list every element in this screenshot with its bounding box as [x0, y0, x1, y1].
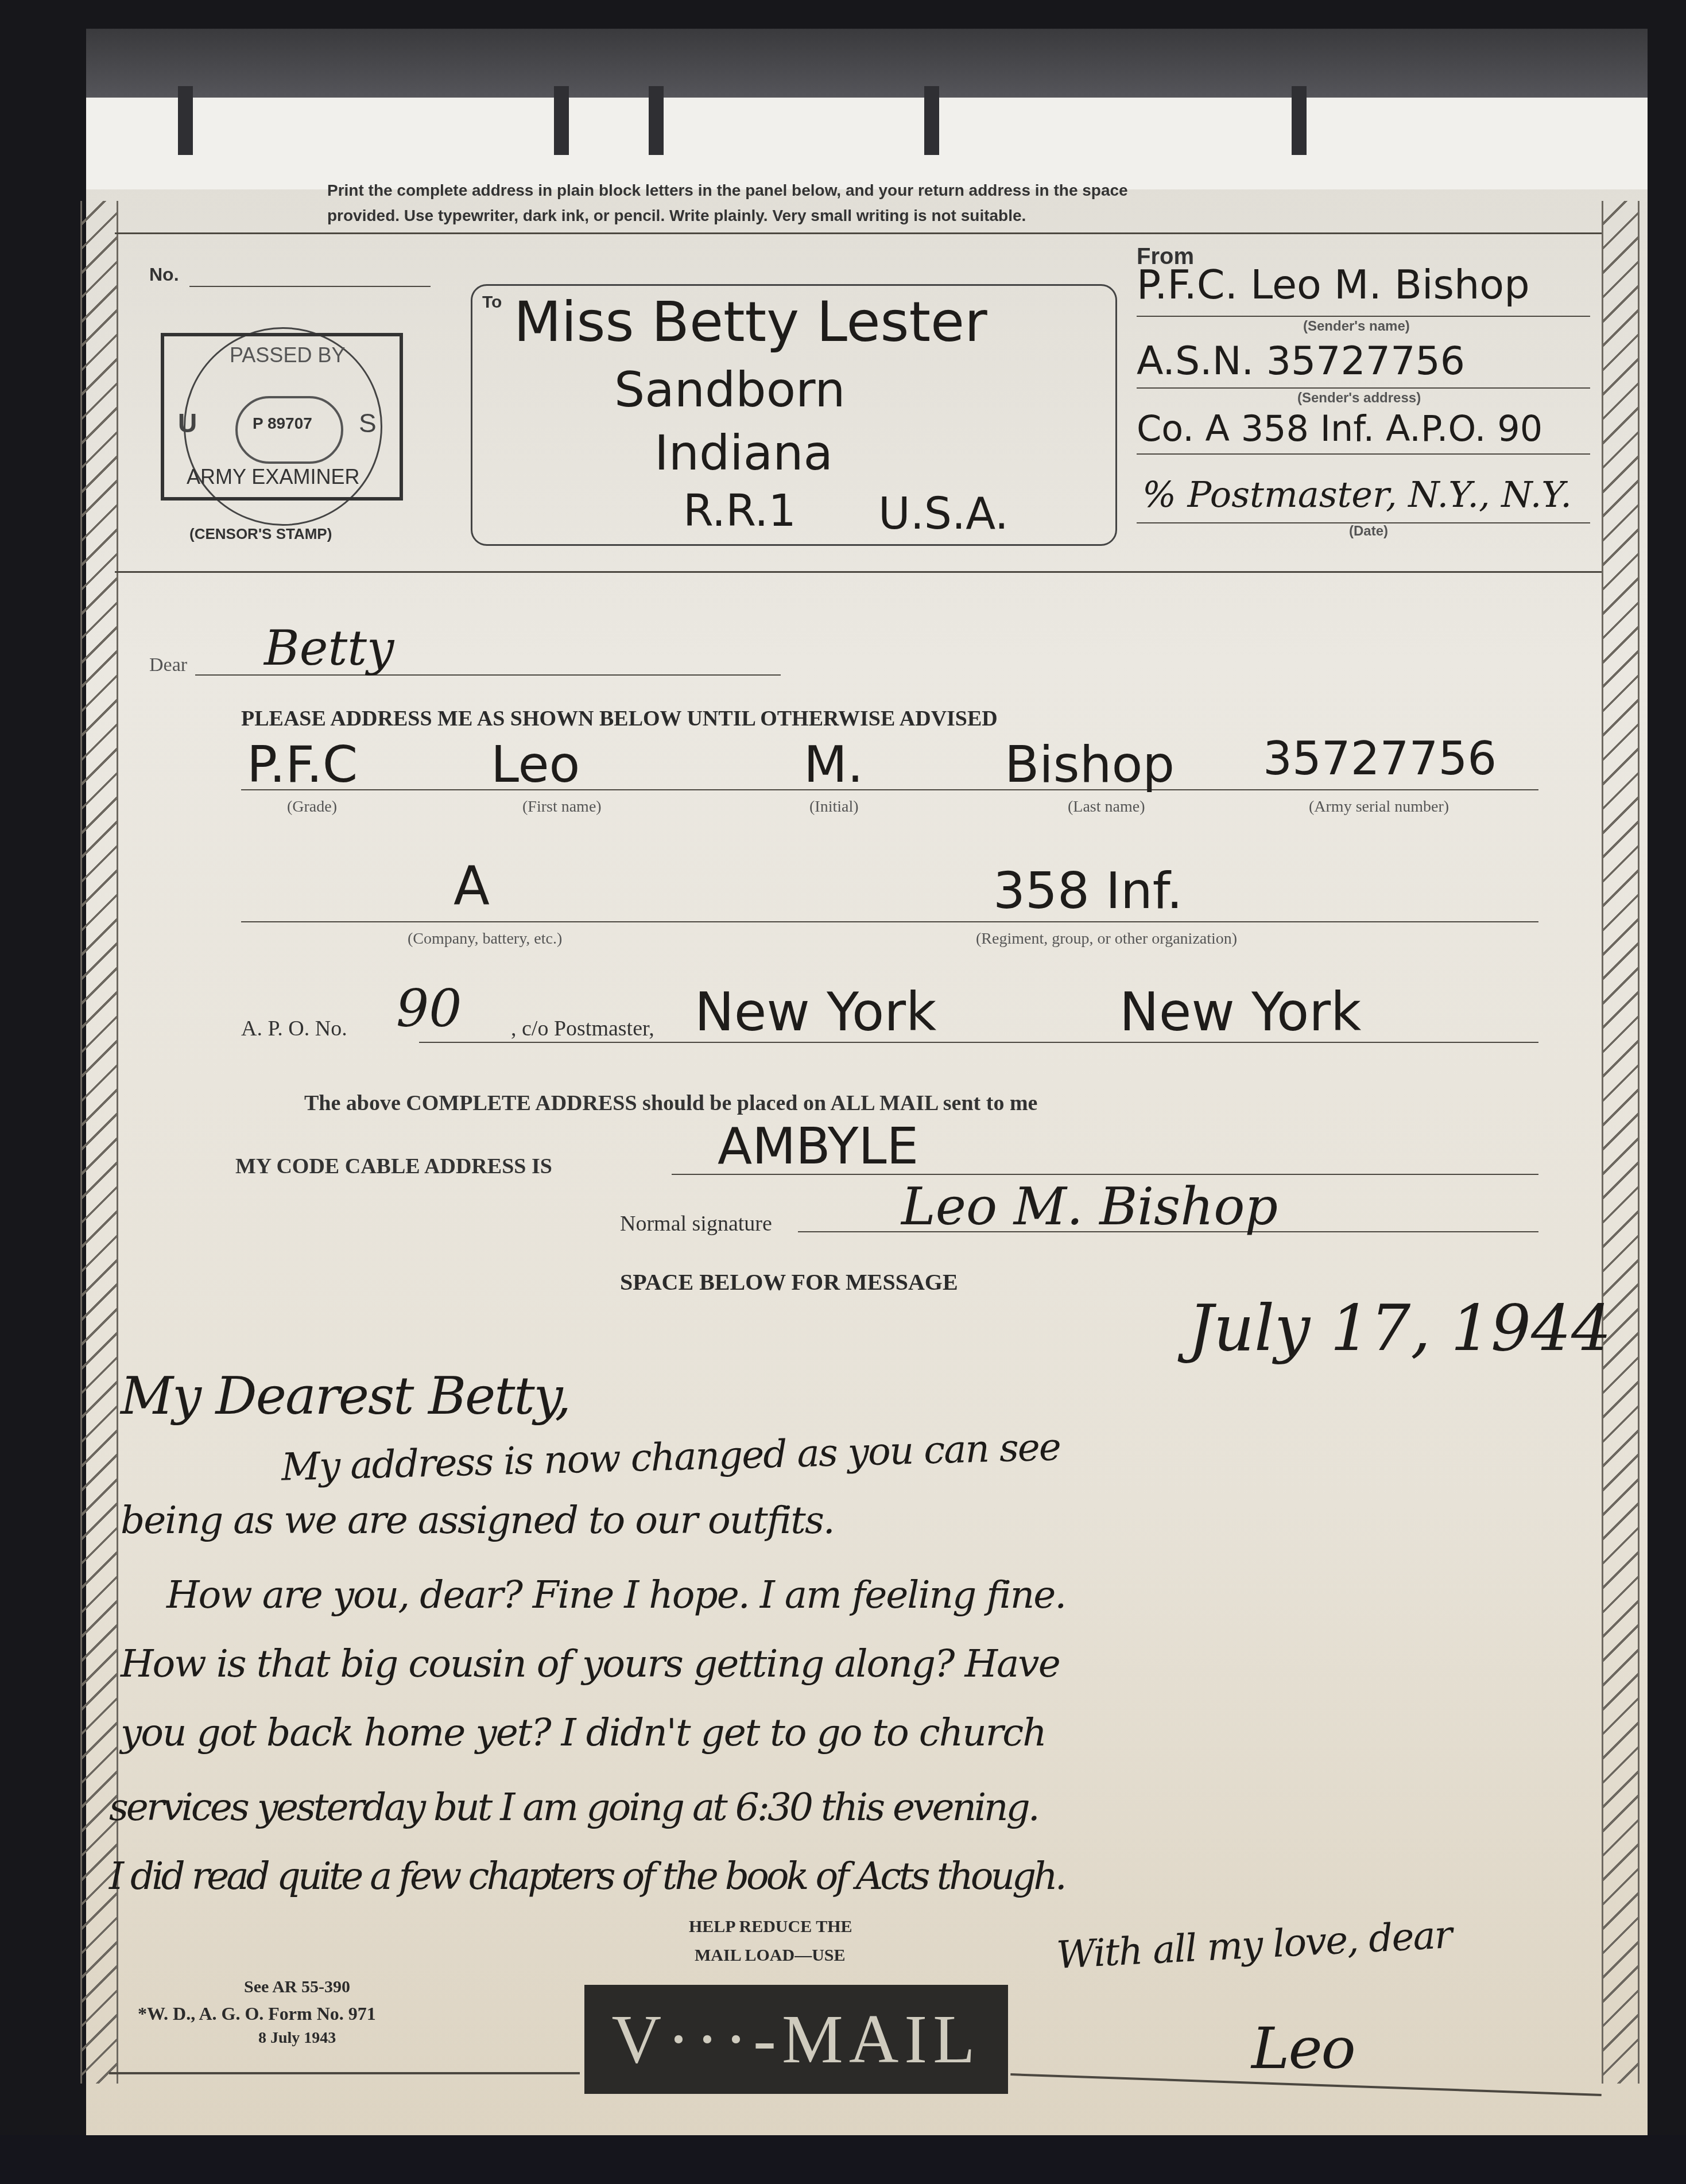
sender-unit: Co. A 358 Inf. A.P.O. 90 — [1137, 408, 1542, 449]
stamp-passed-by: PASSED BY — [230, 343, 345, 367]
to-label: To — [482, 293, 502, 312]
grade-value: P.F.C — [247, 735, 358, 794]
space-below-heading: SPACE BELOW FOR MESSAGE — [620, 1268, 958, 1295]
last-name-caption: (Last name) — [1068, 798, 1145, 816]
censor-caption: (CENSOR'S STAMP) — [189, 525, 332, 543]
form-date: 8 July 1943 — [258, 2029, 336, 2047]
initial-value: M. — [804, 735, 863, 794]
first-name-caption: (First name) — [522, 798, 602, 816]
dear-label: Dear — [149, 654, 187, 676]
letter-line: How is that big cousin of yours getting … — [121, 1642, 1060, 1686]
letter-line: How are you, dear? Fine I hope. I am fee… — [166, 1573, 1065, 1617]
no-line — [189, 286, 431, 287]
help-reduce-line2: MAIL LOAD—USE — [695, 1946, 846, 1965]
recipient-name: Miss Betty Lester — [514, 290, 987, 354]
serial-caption: (Army serial number) — [1309, 798, 1449, 816]
complete-address-note: The above COMPLETE ADDRESS should be pla… — [304, 1091, 1037, 1116]
see-ar: See AR 55-390 — [244, 1977, 350, 1997]
sender-name: P.F.C. Leo M. Bishop — [1137, 261, 1530, 308]
name-line — [241, 789, 1538, 790]
shadow-post — [554, 86, 569, 155]
date-caption: (Date) — [1349, 523, 1388, 540]
letter-salutation: My Dearest Betty, — [121, 1366, 570, 1426]
grade-caption: (Grade) — [287, 798, 337, 816]
shadow-post — [178, 86, 193, 155]
recipient-town: Sandborn — [614, 362, 845, 418]
first-name-value: Leo — [491, 735, 580, 794]
shadow-post — [1292, 86, 1307, 155]
recipient-route: R.R.1 — [683, 485, 796, 536]
photo-top-shadow — [86, 29, 1648, 98]
dark-background-surface — [0, 2135, 1686, 2184]
regiment-caption: (Regiment, group, or other organization) — [976, 930, 1237, 948]
sender-address-caption: (Sender's address) — [1297, 390, 1421, 406]
letter-signoff: Leo — [1251, 2015, 1355, 2082]
photo-top-strip — [86, 98, 1648, 189]
instructions-line: provided. Use typewriter, dark ink, or p… — [327, 203, 1246, 228]
sender-address-line — [1137, 387, 1590, 389]
sender-name-line — [1137, 316, 1590, 317]
regiment-value: 358 Inf. — [993, 861, 1183, 920]
help-reduce-line1: HELP REDUCE THE — [689, 1917, 852, 1937]
signature-value: Leo M. Bishop — [901, 1177, 1278, 1237]
letter-line: My address is now changed as you can see — [281, 1425, 1061, 1489]
signature-label: Normal signature — [620, 1211, 772, 1236]
apo-label: A. P. O. No. — [241, 1016, 347, 1041]
instructions-line: Print the complete address in plain bloc… — [327, 178, 1246, 203]
sender-name-caption: (Sender's name) — [1303, 319, 1410, 335]
initial-caption: (Initial) — [809, 798, 859, 816]
sender-postmaster: % Postmaster, N.Y., N.Y. — [1142, 474, 1572, 515]
postmaster-label: , c/o Postmaster, — [511, 1016, 654, 1041]
dear-name: Betty — [264, 620, 394, 676]
form-number: *W. D., A. G. O. Form No. 971 — [138, 2003, 376, 2024]
letter-date: July 17, 1944 — [1188, 1291, 1611, 1365]
cable-label: MY CODE CABLE ADDRESS IS — [235, 1154, 552, 1179]
recipient-country: U.S.A. — [878, 488, 1009, 539]
last-name-value: Bishop — [1005, 735, 1175, 794]
vmail-letter-sheet: Print the complete address in plain bloc… — [86, 29, 1648, 2141]
form-instructions: Print the complete address in plain bloc… — [327, 178, 1246, 228]
vmail-logo: V···-MAIL — [584, 1985, 1008, 2094]
letter-line: you got back home yet? I didn't get to g… — [121, 1710, 1046, 1755]
no-label: No. — [149, 264, 179, 285]
sender-asn: A.S.N. 35727756 — [1137, 339, 1465, 384]
cable-value: AMBYLE — [718, 1116, 918, 1176]
stamp-s: S — [359, 408, 377, 439]
header-bottom-rule — [115, 571, 1602, 573]
footer-rule-left — [109, 2072, 580, 2074]
letter-line: I did read quite a few chapters of the b… — [109, 1854, 1064, 1898]
recipient-state: Indiana — [654, 425, 833, 481]
company-value: A — [454, 855, 490, 917]
shadow-post — [924, 86, 939, 155]
stamp-examiner: ARMY EXAMINER — [187, 465, 359, 489]
right-hatch-border — [1602, 201, 1640, 2084]
stamp-u: U — [178, 408, 197, 439]
stamp-number: P 89707 — [253, 414, 312, 433]
unit-line — [241, 921, 1538, 922]
state-value: New York — [1119, 982, 1361, 1043]
serial-value: 35727756 — [1263, 732, 1497, 785]
header-rule — [115, 232, 1602, 234]
please-address-heading: PLEASE ADDRESS ME AS SHOWN BELOW UNTIL O… — [241, 706, 998, 731]
apo-value: 90 — [396, 979, 462, 1039]
company-caption: (Company, battery, etc.) — [408, 930, 562, 948]
shadow-post — [649, 86, 664, 155]
letter-line: services yesterday but I am going at 6:3… — [109, 1785, 1038, 1829]
sender-unit-line — [1137, 453, 1590, 455]
letter-closing: With all my love, dear — [1055, 1913, 1452, 1977]
apo-line — [419, 1042, 1538, 1043]
city-value: New York — [695, 982, 936, 1043]
letter-line: being as we are assigned to our outfits. — [121, 1498, 834, 1542]
